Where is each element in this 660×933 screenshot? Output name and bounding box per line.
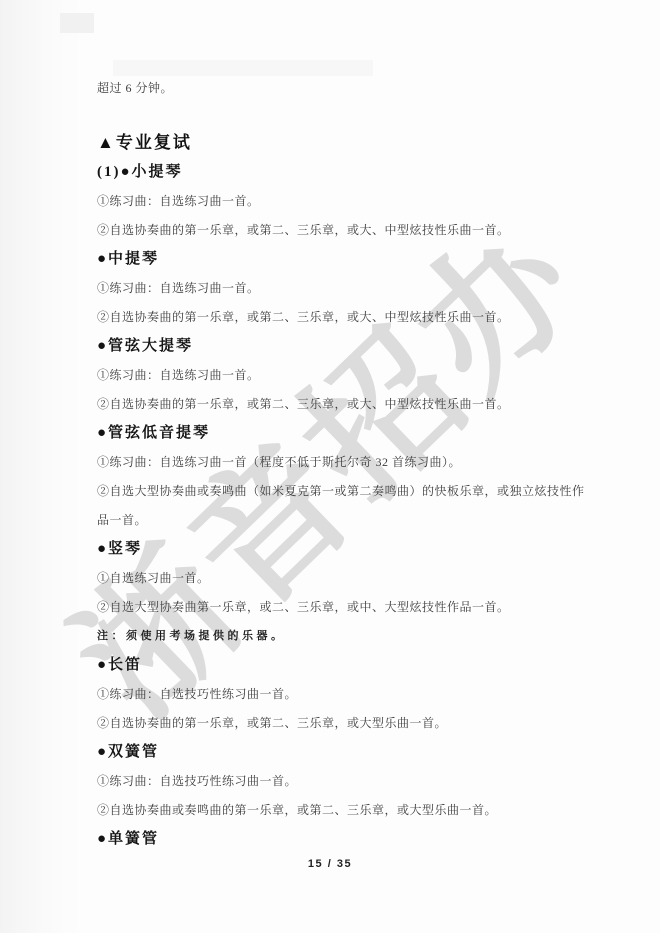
body-line: ②自选协奏曲的第一乐章，或第二、三乐章，或大、中型炫技性乐曲一首。 [97,390,617,419]
body-line: 品一首。 [97,506,617,535]
instrument-heading: ●单簧管 [97,825,617,854]
instrument-heading: ●双簧管 [97,738,617,767]
body-line: ②自选协奏曲或奏鸣曲的第一乐章，或第二、三乐章，或大型乐曲一首。 [97,796,617,825]
scan-artifact [60,13,94,33]
instrument-heading: ●长笛 [97,651,617,680]
body-line: ①练习曲：自选技巧性练习曲一首。 [97,680,617,709]
body-line: ②自选大型协奏曲或奏鸣曲（如米夏克第一或第二奏鸣曲）的快板乐章，或独立炫技性作 [97,477,617,506]
section-title: ▲专业复试 [97,127,617,158]
instrument-heading: ●中提琴 [97,245,617,274]
instrument-heading: ●管弦低音提琴 [97,419,617,448]
body-line: ②自选协奏曲的第一乐章，或第二、三乐章，或大、中型炫技性乐曲一首。 [97,216,617,245]
body-line: ①自选练习曲一首。 [97,564,617,593]
note-line: 注：须使用考场提供的乐器。 [97,622,617,651]
body-line: ②自选协奏曲的第一乐章，或第二、三乐章，或大型乐曲一首。 [97,709,617,738]
instrument-heading: ●竖琴 [97,535,617,564]
document-page: 浙音招办 超过 6 分钟。▲专业复试(1)●小提琴①练习曲：自选练习曲一首。②自… [0,0,660,933]
instrument-heading: (1)●小提琴 [97,158,617,187]
scan-shading [0,0,82,933]
body-line: 超过 6 分钟。 [97,74,617,103]
body-line: ①练习曲：自选练习曲一首。 [97,187,617,216]
body-line: ①练习曲：自选练习曲一首。 [97,361,617,390]
instrument-heading: ●管弦大提琴 [97,332,617,361]
body-line: ②自选大型协奏曲第一乐章，或二、三乐章，或中、大型炫技性作品一首。 [97,593,617,622]
body-line: ①练习曲：自选练习曲一首。 [97,274,617,303]
body-line: ②自选协奏曲的第一乐章，或第二、三乐章，或大、中型炫技性乐曲一首。 [97,303,617,332]
body-line: ①练习曲：自选练习曲一首（程度不低于斯托尔奇 32 首练习曲）。 [97,448,617,477]
document-content: 超过 6 分钟。▲专业复试(1)●小提琴①练习曲：自选练习曲一首。②自选协奏曲的… [97,74,617,854]
page-number: 15 / 35 [0,858,660,870]
body-line: ①练习曲：自选技巧性练习曲一首。 [97,767,617,796]
